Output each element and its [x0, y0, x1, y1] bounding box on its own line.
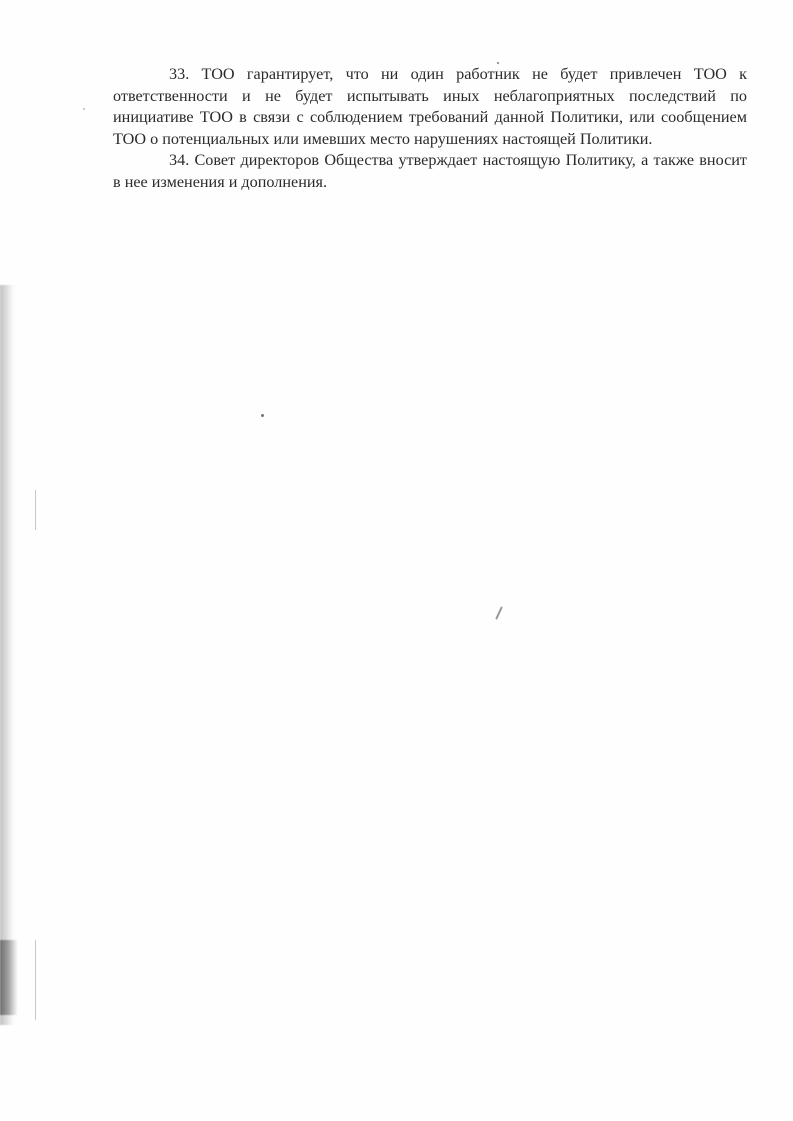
- scan-edge-shadow: [0, 285, 16, 1025]
- paragraph-33: 33. ТОО гарантирует, что ни один работни…: [113, 64, 747, 150]
- scan-edge-shadow-dark: [0, 940, 18, 1015]
- scan-speck: [83, 108, 85, 110]
- paragraph-34: 34. Совет директоров Общества утверждает…: [113, 150, 747, 193]
- document-body: 33. ТОО гарантирует, что ни один работни…: [113, 64, 747, 194]
- scanned-page: 33. ТОО гарантирует, что ни один работни…: [0, 0, 793, 1121]
- scan-speck: [261, 414, 264, 417]
- scan-mark: [495, 606, 503, 620]
- scan-artifact-line: [35, 940, 36, 1020]
- scan-artifact-line: [35, 490, 36, 530]
